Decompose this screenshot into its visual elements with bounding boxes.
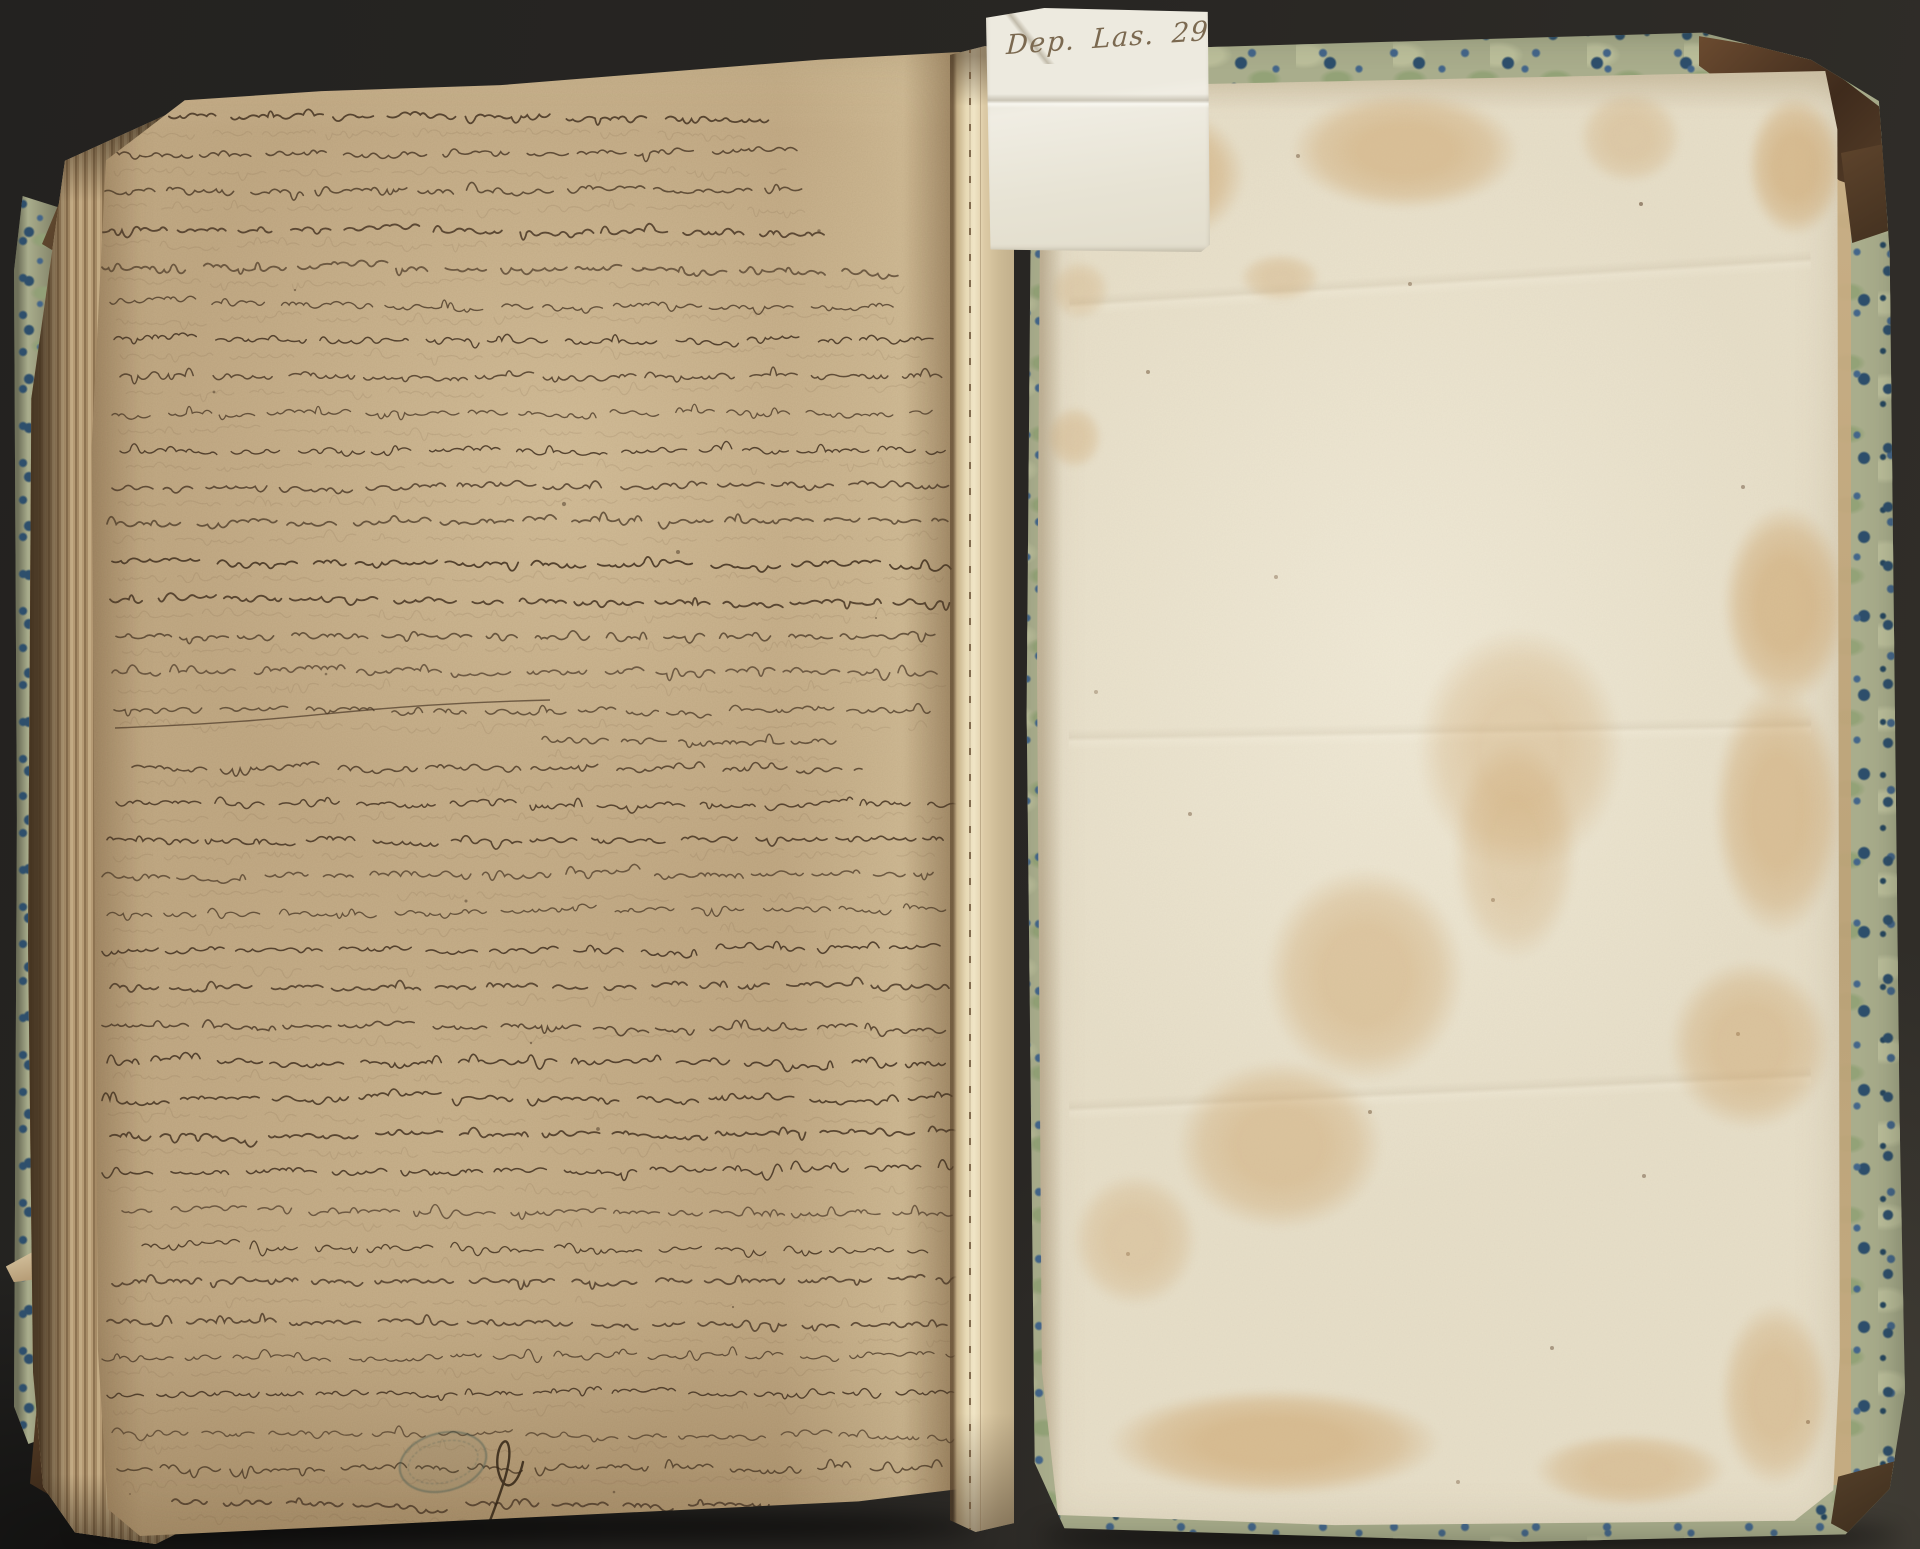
left-page-manuscript xyxy=(80,40,975,1545)
stain-layer xyxy=(1037,71,1843,1531)
damp-stain xyxy=(1050,1370,1500,1515)
inside-cover-board xyxy=(1005,25,1905,1545)
pastedown-endpaper xyxy=(1037,71,1843,1531)
gutter-hinge xyxy=(950,46,1014,1532)
damp-stain xyxy=(1037,395,1112,480)
damp-stain xyxy=(1225,245,1335,310)
label-fold-line xyxy=(986,94,1210,108)
archival-label: Dep. Las. 29 xyxy=(986,8,1210,252)
damp-stain xyxy=(1640,930,1860,1160)
damp-stain xyxy=(1050,1150,1220,1330)
ink-flourish xyxy=(478,1432,528,1532)
damp-stain xyxy=(1700,1270,1850,1520)
damp-stain xyxy=(1560,75,1700,200)
damp-stain xyxy=(1040,250,1120,330)
handwritten-text-upside-down xyxy=(80,40,975,1545)
fold-crease xyxy=(980,46,981,1532)
damp-stain xyxy=(1250,71,1560,231)
stitching-line xyxy=(969,46,971,1532)
manuscript-photo: Dep. Las. 29 xyxy=(0,0,1920,1549)
